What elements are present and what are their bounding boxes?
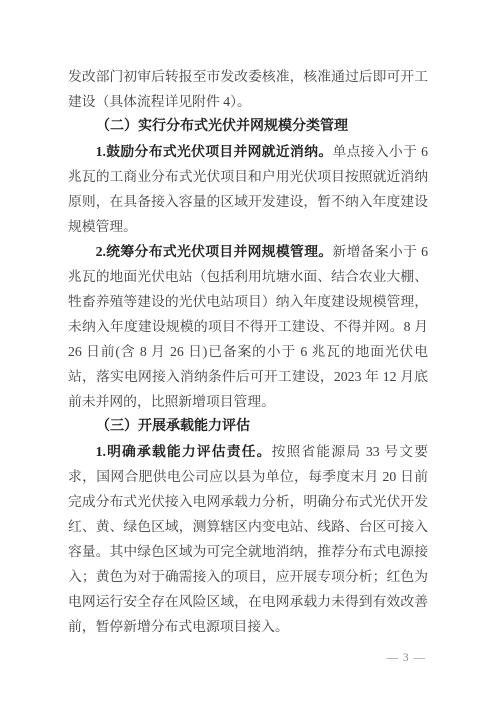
paragraph-continuation: 发改部门初审后转报至市发改委核准，核准通过后即可开工建设（具体流程详见附件 4）…: [68, 64, 428, 114]
section-heading-2: （二）实行分布式光伏并网规模分类管理: [68, 114, 428, 139]
paragraph-encourage-nearby-consumption: 1.鼓励分布式光伏项目并网就近消纳。单点接入小于 6 兆瓦的工商业分布式光伏项目…: [68, 139, 428, 239]
document-page: 发改部门初审后转报至市发改委核准，核准通过后即可开工建设（具体流程详见附件 4）…: [0, 0, 500, 707]
paragraph-grid-scale-management: 2.统筹分布式光伏项目并网规模管理。新增备案小于 6 兆瓦的地面光伏电站（包括利…: [68, 239, 428, 414]
paragraph-2-lead: 2.统筹分布式光伏项目并网规模管理。: [96, 244, 333, 259]
section-heading-3: （三）开展承载能力评估: [68, 414, 428, 439]
paragraph-3-lead: 1.明确承载能力评估责任。: [96, 444, 272, 459]
paragraph-1-lead: 1.鼓励分布式光伏项目并网就近消纳。: [96, 144, 333, 159]
page-number: — 3 —: [387, 650, 427, 666]
paragraph-2-body: 新增备案小于 6 兆瓦的地面光伏电站（包括利用坑塘水面、结合农业大棚、牲畜养殖等…: [68, 244, 428, 409]
paragraph-capacity-assessment: 1.明确承载能力评估责任。按照省能源局 33 号文要求，国网合肥供电公司应以县为…: [68, 439, 428, 639]
paragraph-3-body: 按照省能源局 33 号文要求，国网合肥供电公司应以县为单位，每季度末月 20 日…: [68, 444, 428, 634]
